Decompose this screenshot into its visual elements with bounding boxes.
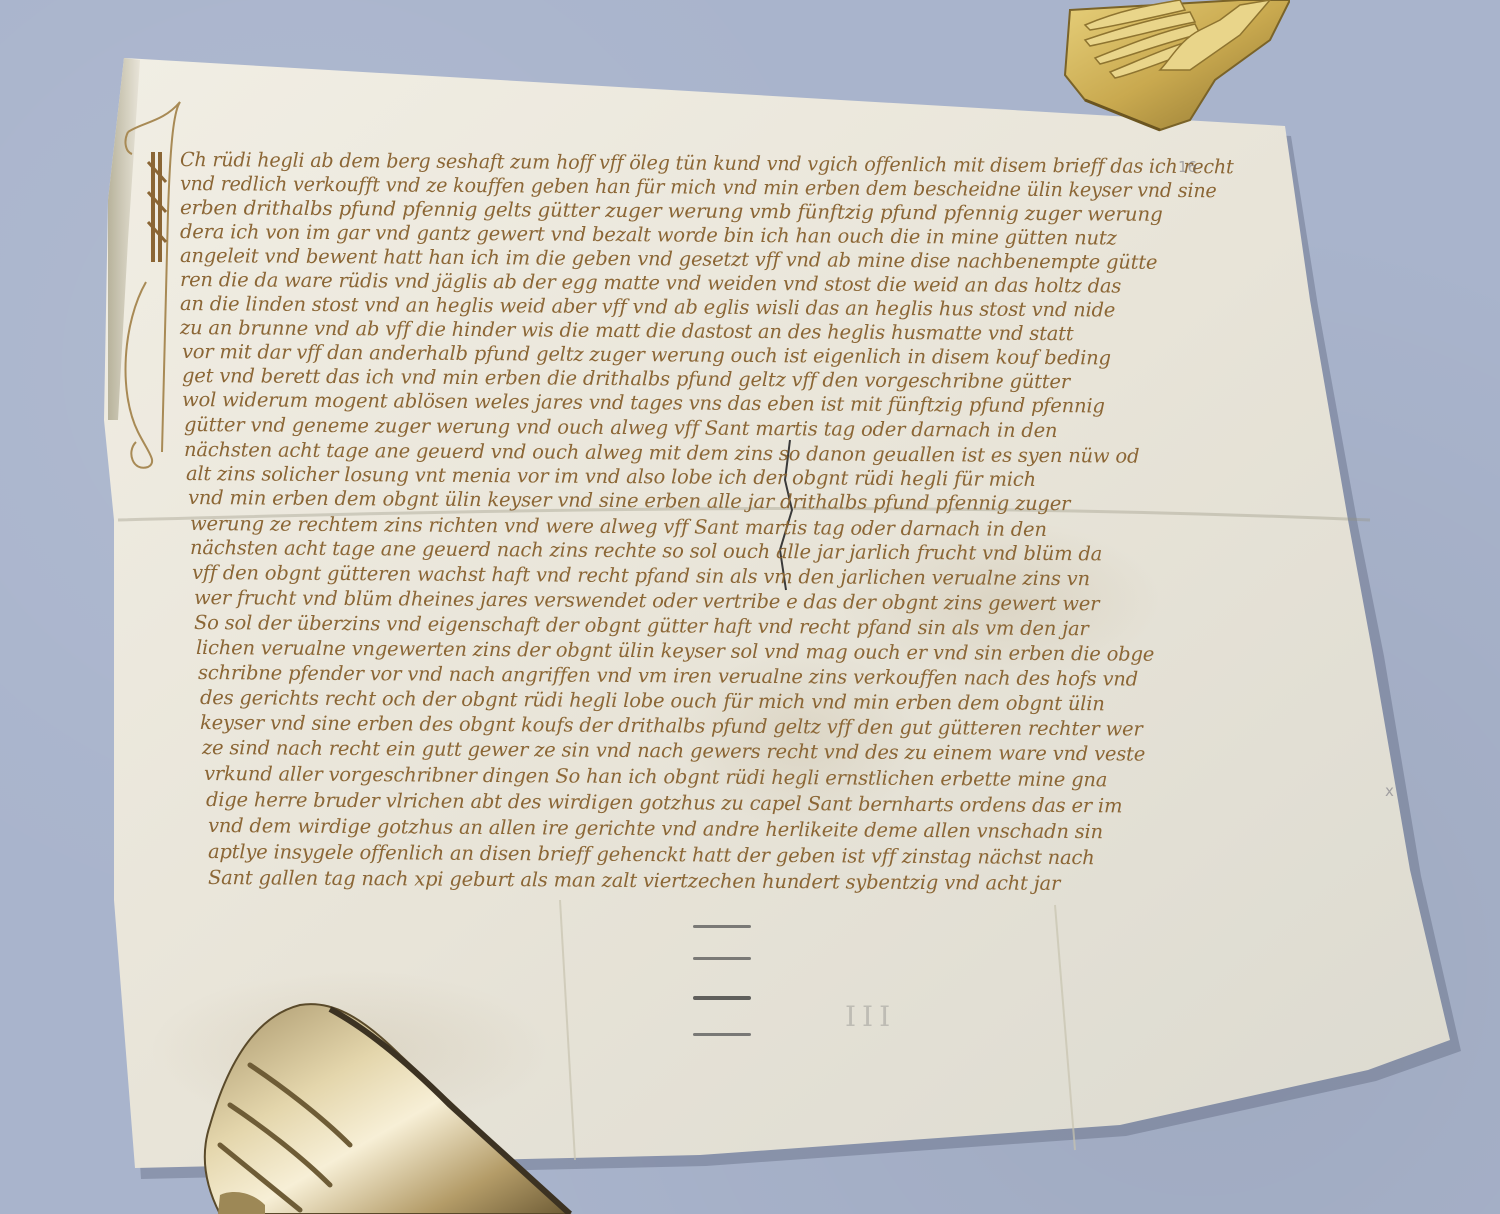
margin-mark-right: x [1385, 782, 1394, 800]
photo-scene: Ch rüdi hegli ab dem berg seshaft zum ho… [0, 0, 1500, 1214]
seal-slit [693, 996, 751, 1000]
seal-slit [693, 957, 751, 960]
decorated-initial-letter [118, 92, 188, 472]
seal-slit [693, 1033, 751, 1036]
seal-slit [693, 925, 751, 928]
margin-note-top: 16 [1178, 158, 1197, 176]
seal-slits [693, 920, 763, 1040]
brass-hand-clip-top-right [1040, 0, 1290, 135]
archive-mark: III [845, 1000, 896, 1033]
brass-hand-clip-bottom-left [190, 995, 640, 1214]
